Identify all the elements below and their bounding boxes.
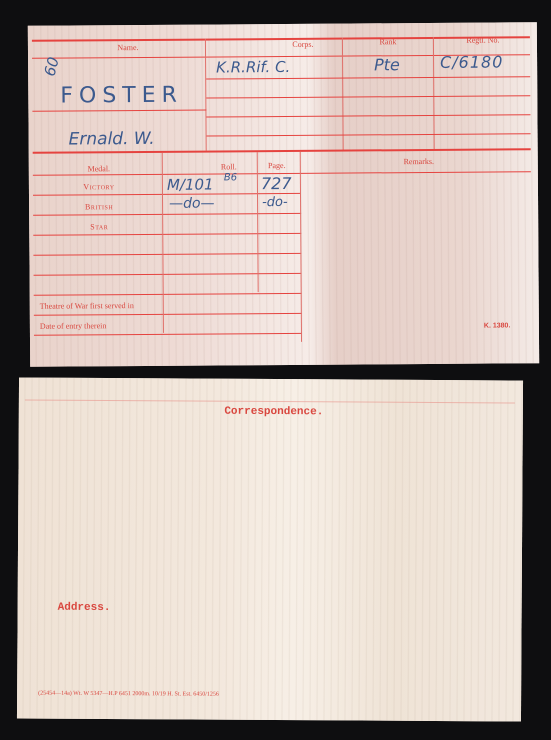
victory-roll: M/101 <box>167 175 214 193</box>
theatre-label: Theatre of War first served in <box>40 301 170 311</box>
british-page: -do- <box>262 195 288 210</box>
rule <box>25 400 515 404</box>
rule <box>34 313 302 316</box>
rank-value: Pte <box>374 55 400 74</box>
rule <box>206 76 530 79</box>
divider <box>342 38 344 150</box>
rule <box>32 110 206 112</box>
remarks-header: Remarks. <box>379 157 459 167</box>
rule <box>33 213 301 216</box>
name-header: Name. <box>88 43 168 53</box>
medal-header: Medal. <box>59 164 139 174</box>
medal-index-card-front: Name. Corps. Rank Regtl. No. 60 FOSTER E… <box>28 22 539 367</box>
rule <box>33 253 301 256</box>
rule <box>34 333 302 336</box>
divider <box>300 152 302 342</box>
medal-index-card-back: Correspondence. Address. (25454—14a) Wt.… <box>17 377 523 721</box>
divider <box>205 39 207 151</box>
victory-roll-sup: B6 <box>224 172 237 183</box>
regtl-no-header: Regtl. No. <box>448 35 518 44</box>
corps-header: Corps. <box>263 40 343 50</box>
medal-star-label: Star <box>59 222 139 232</box>
roll-header: Roll. <box>199 162 259 171</box>
date-entry-label: Date of entry therein <box>40 321 170 331</box>
medal-victory-label: Victory <box>59 182 139 192</box>
surname: FOSTER <box>60 83 183 109</box>
regtl-no-value: C/6180 <box>440 52 503 71</box>
page-header: Page. <box>257 161 297 170</box>
address-label: Address. <box>58 602 128 614</box>
correspondence-title: Correspondence. <box>209 406 339 419</box>
corps-value: K.R.Rif. C. <box>216 58 290 77</box>
british-roll: —do— <box>169 195 215 211</box>
rule <box>33 233 301 236</box>
annotation-number: 60 <box>41 55 63 78</box>
forenames: Ernald. W. <box>69 129 155 150</box>
divider <box>433 37 435 149</box>
victory-page: 727 <box>261 174 292 193</box>
rank-header: Rank <box>358 37 418 46</box>
rule <box>206 114 530 117</box>
medal-british-label: British <box>59 202 139 212</box>
rule <box>207 133 531 136</box>
form-code: K. 1380. <box>484 322 511 329</box>
print-reference: (25454—14a) Wt. W 5347—H.P 6451 2000m. 1… <box>38 691 338 699</box>
rule <box>34 293 302 296</box>
rule <box>206 95 530 98</box>
rule <box>34 273 302 276</box>
